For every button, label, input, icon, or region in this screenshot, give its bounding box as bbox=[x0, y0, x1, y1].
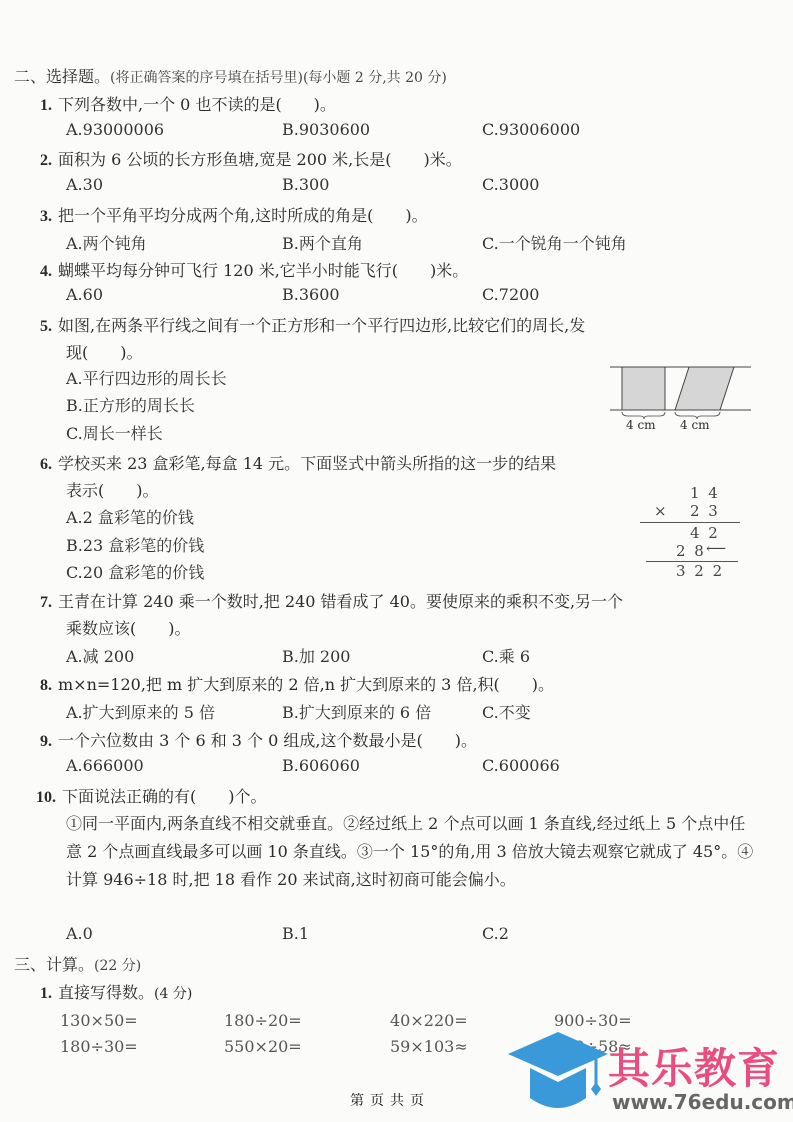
option-c: C.3000 bbox=[482, 175, 539, 194]
option-b: B.3600 bbox=[282, 285, 340, 304]
watermark-brand-name: 其乐教育 bbox=[608, 1036, 780, 1096]
option-a: A.666000 bbox=[66, 756, 144, 775]
section-title: 三、计算。 bbox=[14, 955, 94, 974]
option-b: B.扩大到原来的 6 倍 bbox=[282, 700, 431, 723]
multiplicand: 1 4 bbox=[690, 484, 720, 502]
question-number: 1. bbox=[40, 985, 52, 1002]
question-text: 下列各数中,一个 0 也不读的是( )。 bbox=[58, 95, 336, 114]
question-number: 1. bbox=[40, 97, 52, 114]
option-a: A.93000006 bbox=[66, 120, 164, 139]
option-c: C.7200 bbox=[482, 285, 539, 304]
multiplier: 2 3 bbox=[690, 502, 720, 520]
option-a: A.0 bbox=[66, 924, 93, 943]
section-note: (将正确答案的序号填在括号里)(每小题 2 分,共 20 分) bbox=[110, 70, 447, 86]
arrow-left-icon: ⟵ bbox=[706, 541, 726, 557]
calc-item: 180÷20= bbox=[224, 1011, 302, 1030]
option-a: A.两个钝角 bbox=[66, 231, 147, 254]
question-10: 10.下面说法正确的有( )个。 bbox=[36, 784, 267, 807]
label-parallelogram-base: 4 cm bbox=[680, 418, 710, 432]
question-1: 1.下列各数中,一个 0 也不读的是( )。 bbox=[40, 92, 336, 115]
option-b: B.300 bbox=[282, 175, 329, 194]
question-6: 6.学校买来 23 盒彩笔,每盒 14 元。下面竖式中箭头所指的这一步的结果 bbox=[40, 451, 556, 474]
option-b: B.两个直角 bbox=[282, 231, 363, 254]
question-text: 下面说法正确的有( )个。 bbox=[62, 787, 267, 806]
question-text: 把一个平角平均分成两个角,这时所成的角是( )。 bbox=[58, 206, 428, 225]
question-text-continued: 现( )。 bbox=[66, 340, 143, 363]
question-number: 2. bbox=[40, 152, 52, 169]
question-number: 6. bbox=[40, 456, 52, 473]
question-text: 如图,在两条平行线之间有一个正方形和一个平行四边形,比较它们的周长,发 bbox=[58, 316, 585, 335]
partial-product-2: 2 8 bbox=[676, 542, 706, 560]
question-number: 10. bbox=[36, 789, 56, 806]
section-2-heading: 二、选择题。(将正确答案的序号填在括号里)(每小题 2 分,共 20 分) bbox=[14, 64, 447, 87]
question-number: 9. bbox=[40, 733, 52, 750]
question-number: 4. bbox=[40, 263, 52, 280]
question-text: 直接写得数。 bbox=[58, 983, 154, 1002]
section-note: (22 分) bbox=[94, 958, 141, 974]
option-c: C.2 bbox=[482, 924, 509, 943]
option-a: A.平行四边形的周长长 bbox=[66, 366, 227, 389]
question-2: 2.面积为 6 公顷的长方形鱼塘,宽是 200 米,长是( )米。 bbox=[40, 147, 462, 170]
question-number: 8. bbox=[40, 677, 52, 694]
question-10-statements: ①同一平面内,两条直线不相交就垂直。②经过纸上 2 个点可以画 1 条直线,经过… bbox=[66, 810, 756, 894]
question-text: 一个六位数由 3 个 6 和 3 个 0 组成,这个数最小是( )。 bbox=[58, 731, 477, 750]
product: 3 2 2 bbox=[676, 562, 724, 580]
question-7: 7.王青在计算 240 乘一个数时,把 240 错看成了 40。要使原来的乘积不… bbox=[40, 589, 623, 612]
question-number: 5. bbox=[40, 318, 52, 335]
option-b: B.23 盒彩笔的价钱 bbox=[66, 533, 204, 556]
option-a: A.减 200 bbox=[66, 644, 134, 667]
question-number: 3. bbox=[40, 208, 52, 225]
multiply-sign: × bbox=[654, 502, 667, 520]
option-c: C.600066 bbox=[482, 756, 560, 775]
section-title: 二、选择题。 bbox=[14, 67, 110, 86]
option-c: C.20 盒彩笔的价钱 bbox=[66, 560, 204, 583]
partial-product-1: 4 2 bbox=[690, 524, 720, 542]
option-a: A.30 bbox=[66, 175, 103, 194]
calc-item: 40×220= bbox=[390, 1011, 468, 1030]
question-5: 5.如图,在两条平行线之间有一个正方形和一个平行四边形,比较它们的周长,发 bbox=[40, 313, 585, 336]
calc-item: 180÷30= bbox=[60, 1037, 138, 1056]
question-text: 学校买来 23 盒彩笔,每盒 14 元。下面竖式中箭头所指的这一步的结果 bbox=[58, 454, 556, 473]
question-8: 8.m×n=120,把 m 扩大到原来的 2 倍,n 扩大到原来的 3 倍,积(… bbox=[40, 672, 554, 695]
question-9: 9.一个六位数由 3 个 6 和 3 个 0 组成,这个数最小是( )。 bbox=[40, 728, 477, 751]
question-text: 蝴蝶平均每分钟可飞行 120 米,它半小时能飞行( )米。 bbox=[58, 261, 468, 280]
parallel-lines-figure: 4 cm 4 cm bbox=[608, 362, 753, 437]
question-text-continued: 表示( )。 bbox=[66, 478, 159, 501]
option-b: B.正方形的周长长 bbox=[66, 393, 195, 416]
section-3-heading: 三、计算。(22 分) bbox=[14, 952, 141, 975]
subquestion-1: 1.直接写得数。(4 分) bbox=[40, 980, 192, 1003]
rule-line bbox=[640, 522, 740, 523]
option-b: B.606060 bbox=[282, 756, 360, 775]
question-text-continued: 乘数应该( )。 bbox=[66, 616, 191, 639]
graduation-cap-icon bbox=[508, 1026, 618, 1122]
option-b: B.加 200 bbox=[282, 644, 350, 667]
label-square-width: 4 cm bbox=[626, 418, 656, 432]
question-text: 王青在计算 240 乘一个数时,把 240 错看成了 40。要使原来的乘积不变,… bbox=[58, 592, 623, 611]
page-footer: 第页共页 bbox=[350, 1090, 430, 1110]
question-text: 面积为 6 公顷的长方形鱼塘,宽是 200 米,长是( )米。 bbox=[58, 150, 462, 169]
option-c: C.周长一样长 bbox=[66, 421, 163, 444]
option-b: B.9030600 bbox=[282, 120, 370, 139]
question-number: 7. bbox=[40, 594, 52, 611]
vertical-multiplication-figure: 1 4 × 2 3 4 2 2 8 ⟵ 3 2 2 bbox=[640, 484, 755, 579]
option-a: A.60 bbox=[66, 285, 103, 304]
calc-item: 130×50= bbox=[60, 1011, 138, 1030]
watermark-url: www.76edu.com bbox=[612, 1090, 793, 1114]
calc-item: 550×20= bbox=[224, 1037, 302, 1056]
calc-item: 59×103≈ bbox=[390, 1037, 468, 1056]
option-a: A.2 盒彩笔的价钱 bbox=[66, 505, 194, 528]
option-c: C.乘 6 bbox=[482, 644, 530, 667]
option-b: B.1 bbox=[282, 924, 309, 943]
question-4: 4.蝴蝶平均每分钟可飞行 120 米,它半小时能飞行( )米。 bbox=[40, 258, 468, 281]
option-c: C.不变 bbox=[482, 700, 531, 723]
question-3: 3.把一个平角平均分成两个角,这时所成的角是( )。 bbox=[40, 203, 428, 226]
points-note: (4 分) bbox=[154, 986, 192, 1002]
option-c: C.一个锐角一个钝角 bbox=[482, 231, 627, 254]
option-a: A.扩大到原来的 5 倍 bbox=[66, 700, 215, 723]
option-c: C.93006000 bbox=[482, 120, 580, 139]
question-text: m×n=120,把 m 扩大到原来的 2 倍,n 扩大到原来的 3 倍,积( )… bbox=[58, 675, 554, 694]
